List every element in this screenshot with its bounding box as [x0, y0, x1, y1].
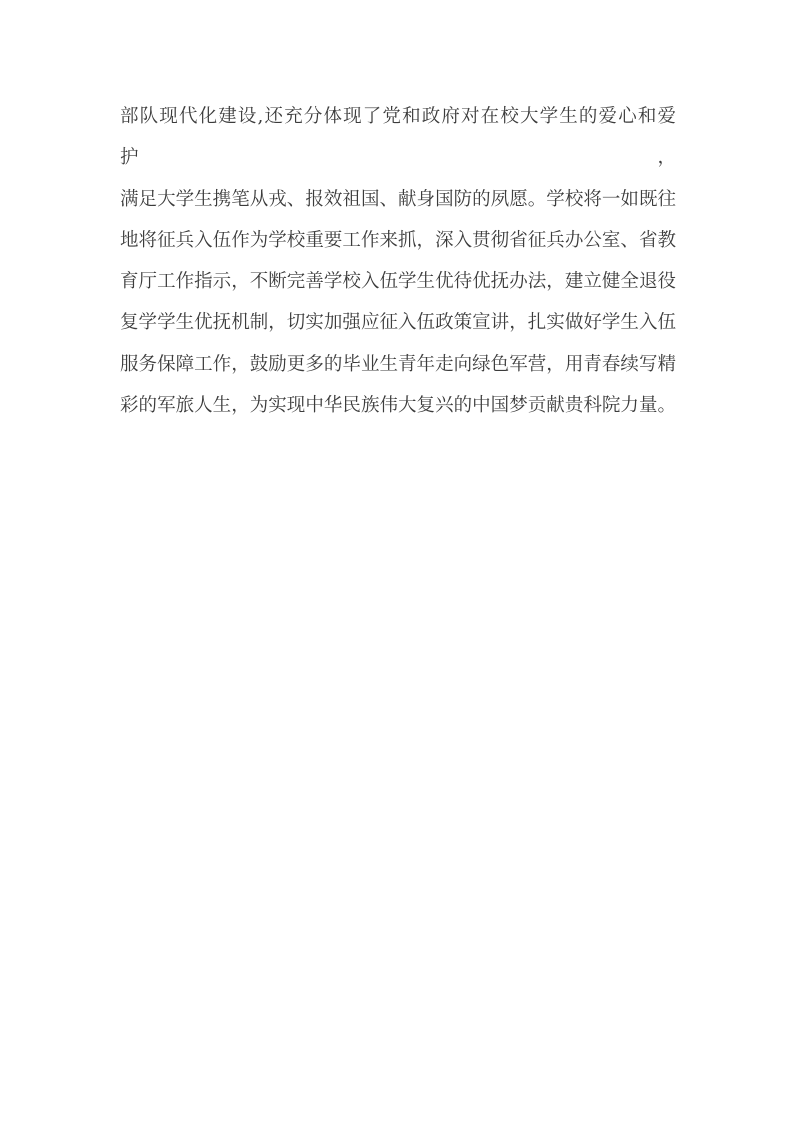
paragraph-line: 育厅工作指示，不断完善学校入伍学生优待优抚办法，建立健全退役 — [120, 261, 676, 302]
paragraph-line: 服务保障工作，鼓励更多的毕业生青年走向绿色军营，用青春续写精 — [120, 344, 676, 385]
body-paragraph: 部队现代化建设,还充分体现了党和政府对在校大学生的爱心和爱护， 满足大学生携笔从… — [120, 96, 676, 426]
document-page: 部队现代化建设,还充分体现了党和政府对在校大学生的爱心和爱护， 满足大学生携笔从… — [0, 0, 793, 1122]
paragraph-line: 满足大学生携笔从戎、报效祖国、献身国防的夙愿。学校将一如既往 — [120, 179, 676, 220]
paragraph-line: 复学学生优抚机制，切实加强应征入伍政策宣讲，扎实做好学生入伍 — [120, 302, 676, 343]
paragraph-line: 地将征兵入伍作为学校重要工作来抓，深入贯彻省征兵办公室、省教 — [120, 220, 676, 261]
paragraph-line: 彩的军旅人生，为实现中华民族伟大复兴的中国梦贡献贵科院力量。 — [120, 385, 676, 426]
paragraph-line: 部队现代化建设,还充分体现了党和政府对在校大学生的爱心和爱护， — [120, 96, 676, 179]
